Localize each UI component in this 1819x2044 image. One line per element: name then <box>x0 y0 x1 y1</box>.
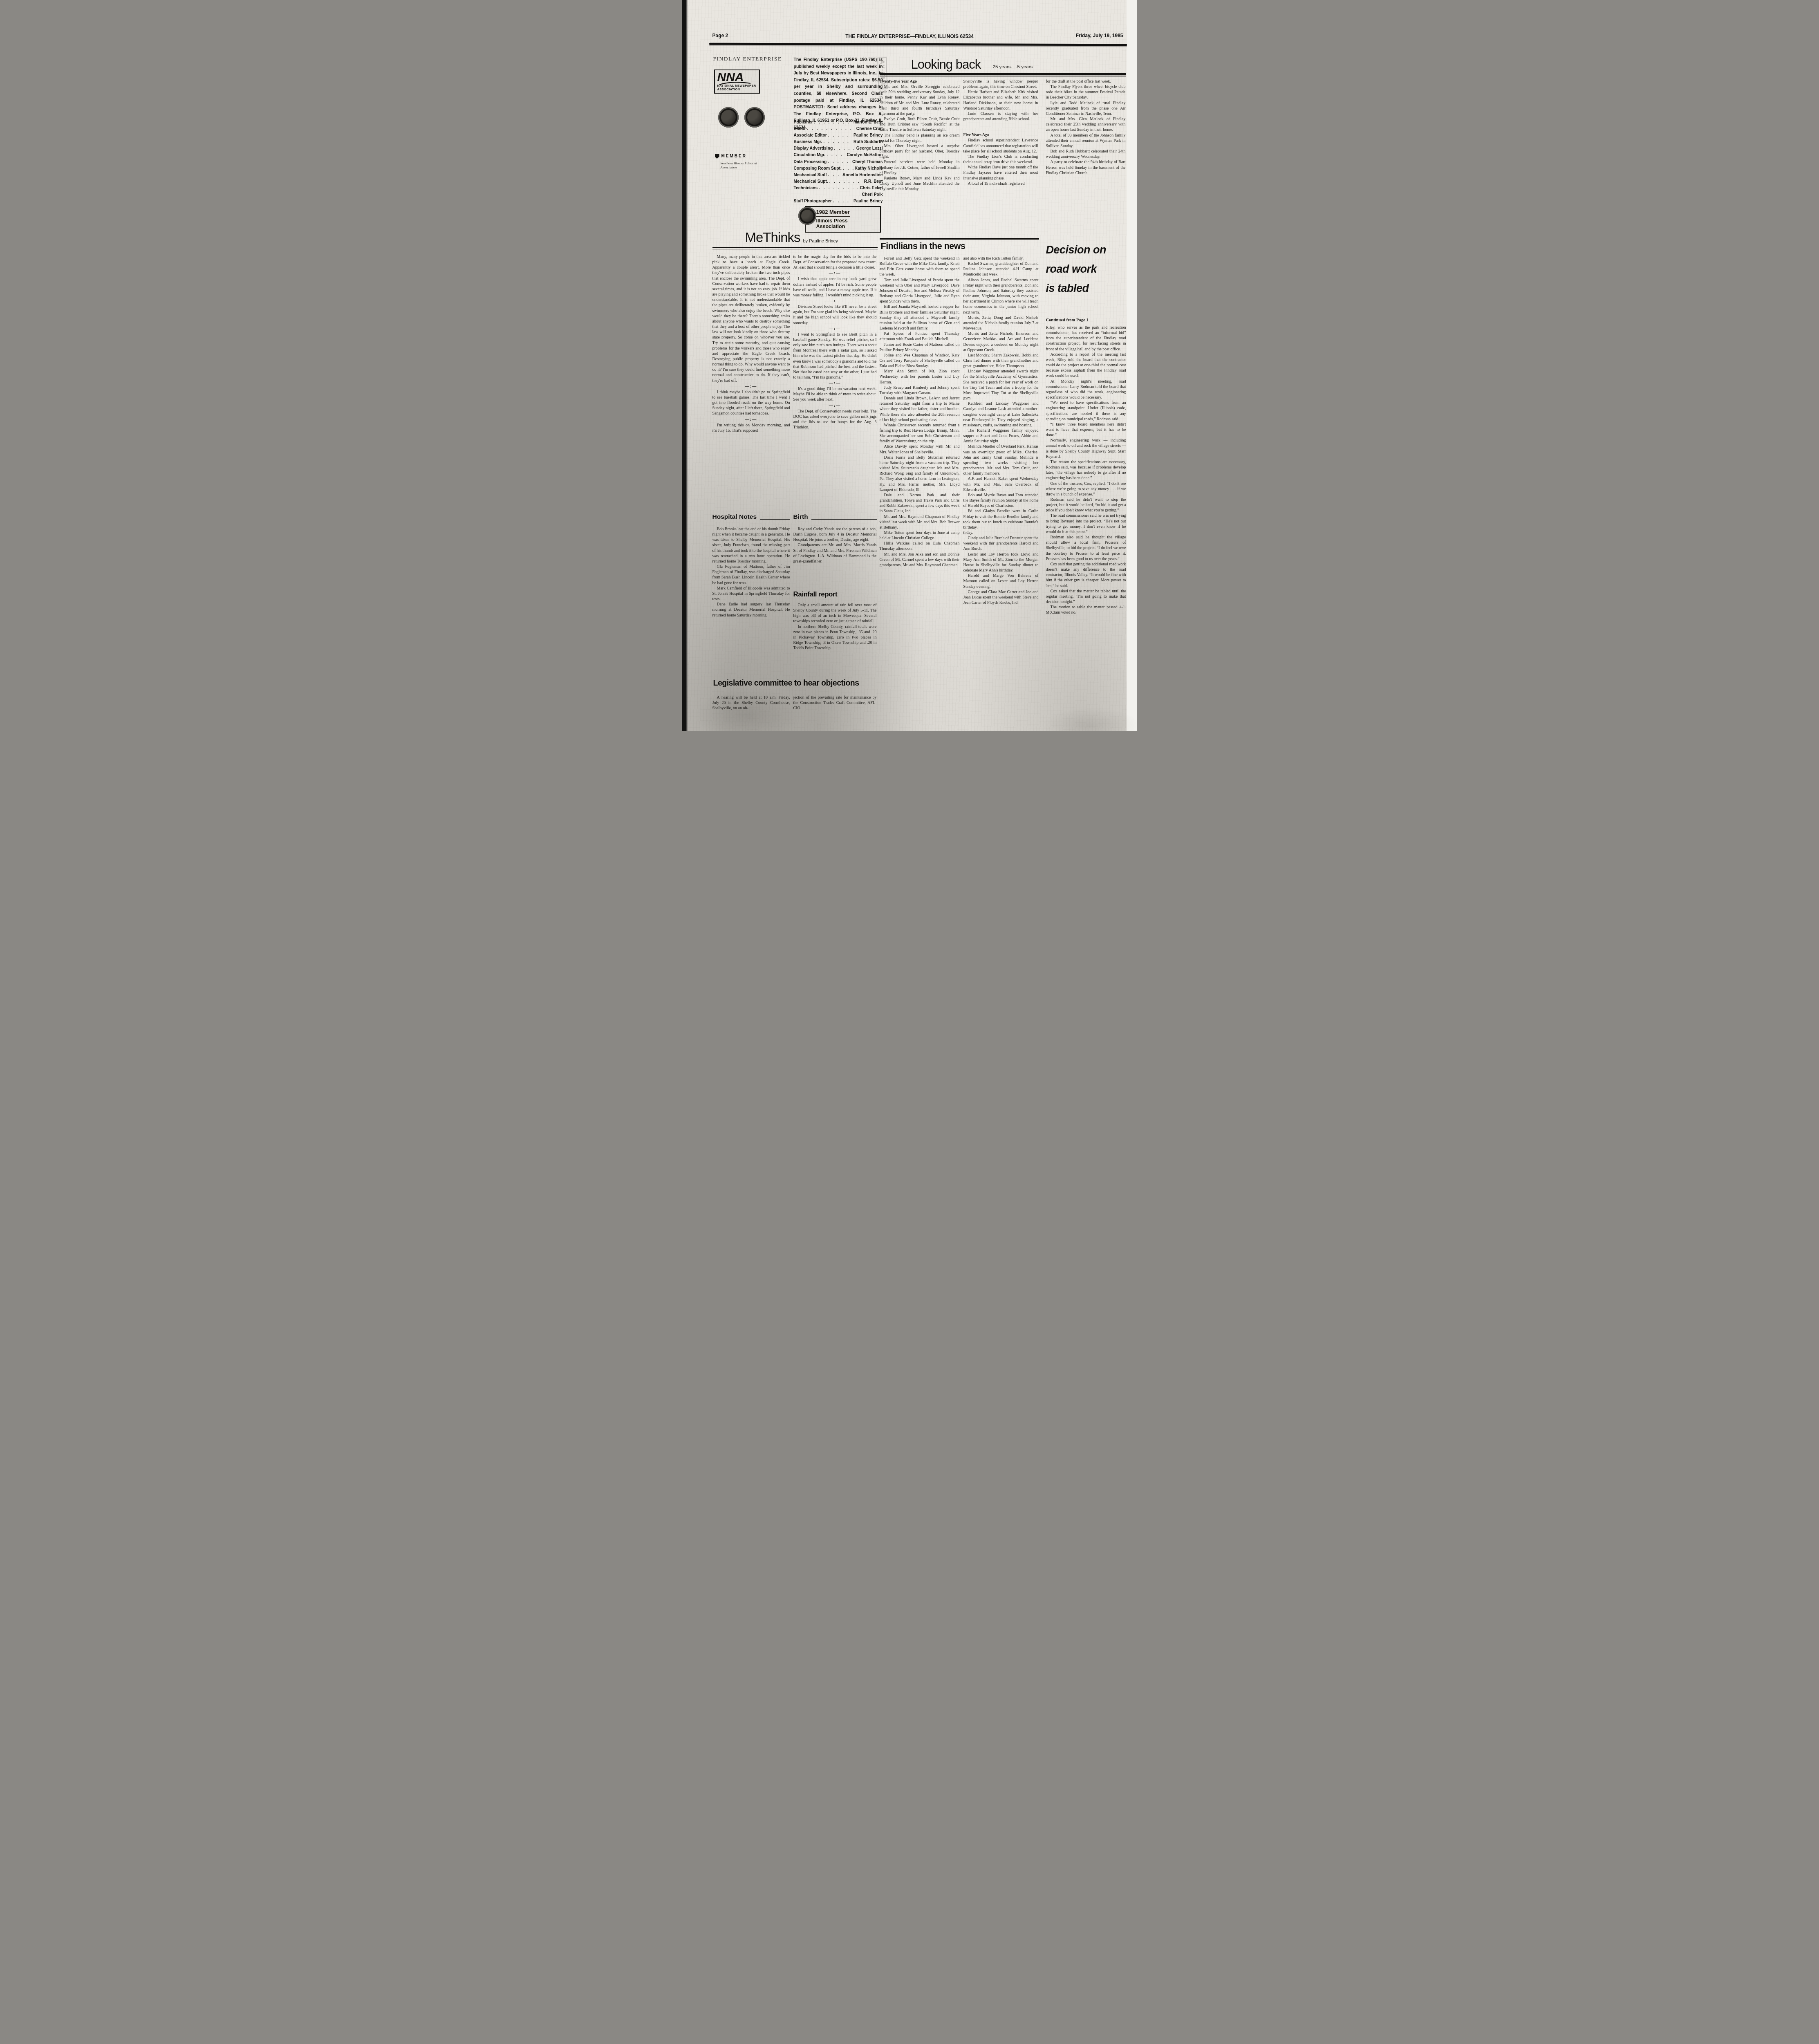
member-org-line: Southern Illinois Editorial <box>721 161 776 165</box>
heading-rule <box>811 519 877 520</box>
staff-roster-row: Associate Editor. . . . . . . . . . . . … <box>794 132 883 139</box>
press-association-seal-icon <box>798 207 816 225</box>
staff-roster-row: Mechanical Supt.. . . . . . . . . . . . … <box>794 179 883 185</box>
member-org-line: Association <box>721 165 776 169</box>
seal-emblem-icon <box>718 107 739 128</box>
birth-title: Birth <box>793 513 808 521</box>
scan-smudge <box>694 687 801 731</box>
hospital-notes-title: Hospital Notes <box>712 513 757 521</box>
association-seals <box>718 107 765 128</box>
hospital-notes-heading: Hospital Notes <box>712 513 790 521</box>
heading-rule <box>760 519 790 520</box>
staff-roster-row: Editor. . . . . . . . . . . . . . . . . … <box>794 126 883 132</box>
findlians-heading: Findlians in the news <box>881 241 966 251</box>
scan-edge-right <box>1127 0 1137 731</box>
rainfall-column: Only a small amount of rain fell over mo… <box>793 603 877 672</box>
staff-roster: Publisher. . . . . . . . . . . . . . . .… <box>794 119 883 205</box>
badge-org-line: Illinois Press Association <box>816 218 877 229</box>
methinks-byline: by Pauline Briney <box>803 239 838 244</box>
birth-column: Roy and Cathy Yantis are the parents of … <box>793 527 877 588</box>
seal-emblem-icon <box>744 107 765 128</box>
decision-headline-line: Decision on <box>1046 244 1128 256</box>
press-association-badge: 1982 Member Illinois Press Association <box>805 206 881 233</box>
methinks-column-2: to be the magic day for the bids to be i… <box>793 254 877 512</box>
staff-roster-row: Technicians. . . . . . . . . . . . . . .… <box>794 185 883 192</box>
rainfall-heading: Rainfall report <box>793 590 838 598</box>
looking-back-column-2: Shelbyville is having window peeper prob… <box>963 79 1038 234</box>
findlians-column-1: Forest and Betty Getz spent the weekend … <box>880 256 960 714</box>
looking-back-column-3: for the draft at the post office last we… <box>1046 79 1126 234</box>
methinks-title: MeThinks <box>745 230 800 245</box>
looking-back-title: Looking back <box>911 57 981 72</box>
staff-roster-row: Composing Room Supt.. . . . . . . . . . … <box>794 166 883 172</box>
decision-headline: Decision on road work is tabled <box>1046 244 1128 294</box>
date-line: Friday, July 19, 1985 <box>1076 33 1123 38</box>
staff-roster-row: Display Advertising. . . . . . . . . . .… <box>794 146 883 152</box>
decision-column: Riley, who serves as the park and recrea… <box>1046 325 1126 713</box>
looking-back-column-1: Twenty-five Year AgoMr. and Mrs. Orville… <box>880 79 960 234</box>
findlians-rule <box>880 238 1039 240</box>
legislative-heading: Legislative committee to hear objections <box>713 679 885 688</box>
methinks-rule-thin <box>712 249 878 249</box>
nna-swoosh-icon <box>719 81 751 85</box>
staff-roster-row: Cheri Polk <box>794 192 883 198</box>
masthead-line: THE FINDLAY ENTERPRISE—FINDLAY, ILLINOIS… <box>682 34 1137 39</box>
scan-edge-left <box>682 0 688 731</box>
member-shield-icon <box>715 154 719 159</box>
methinks-rule <box>712 247 878 248</box>
staff-roster-row: Staff Photographer. . . . . . . . . . . … <box>794 198 883 205</box>
decision-continued-line: Continued from Page 1 <box>1046 318 1089 323</box>
staff-roster-row: Data Processing. . . . . . . . . . . . .… <box>794 159 883 166</box>
findlians-column-2: and also with the Rich Totten family.Rac… <box>963 256 1039 706</box>
staff-roster-row: Publisher. . . . . . . . . . . . . . . .… <box>794 119 883 126</box>
decision-headline-line: is tabled <box>1046 282 1128 294</box>
badge-year-line: 1982 Member <box>816 209 850 217</box>
member-label: MEMBER <box>721 154 747 159</box>
looking-back-rule <box>880 73 1126 75</box>
legislative-column-2: jection of the prevailing rate for maint… <box>793 695 877 724</box>
nna-logo: NNA NATIONAL NEWSPAPER ASSOCIATION <box>714 69 760 94</box>
methinks-column-1: Many, many people in this area are tickl… <box>712 254 790 512</box>
looking-back-rule-thin <box>880 76 1126 76</box>
staff-roster-row: Mechanical Staff. . . . . . . . . . . . … <box>794 172 883 179</box>
hospital-notes-column: Bob Brooks lost the end of his thumb Fri… <box>712 527 790 674</box>
looking-back-subtitle: 25 years. . .5 years <box>993 65 1033 69</box>
birth-heading: Birth <box>793 513 877 521</box>
header-rule <box>709 43 1127 46</box>
newspaper-page: Page 2 THE FINDLAY ENTERPRISE—FINDLAY, I… <box>682 0 1137 731</box>
staff-roster-row: Business Mgr.. . . . . . . . . . . . . .… <box>794 139 883 146</box>
decision-headline-line: road work <box>1046 263 1128 275</box>
paper-title: FINDLAY ENTERPRISE <box>713 56 782 62</box>
member-block: MEMBER Southern Illinois Editorial Assoc… <box>715 154 776 169</box>
staff-roster-row: Circulation Mgr.. . . . . . . . . . . . … <box>794 152 883 159</box>
